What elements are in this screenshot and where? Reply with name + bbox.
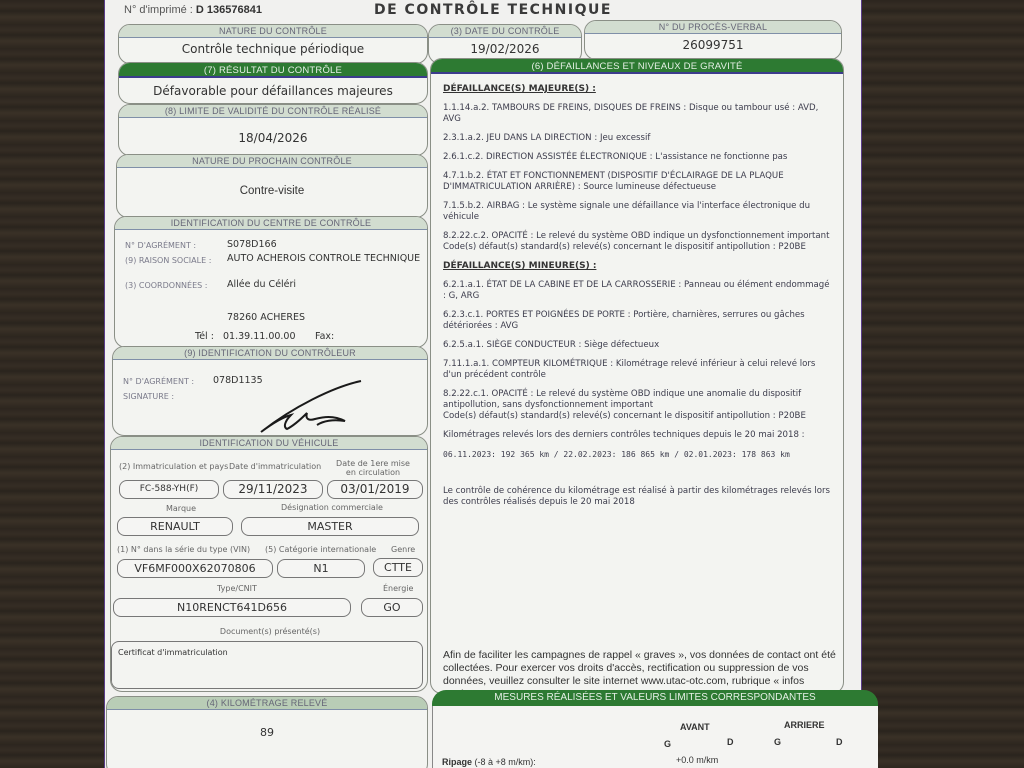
signature-icon bbox=[253, 377, 373, 435]
designation-value: MASTER bbox=[241, 517, 419, 536]
vehicule-box: IDENTIFICATION DU VÉHICULE (2) Immatricu… bbox=[110, 436, 428, 692]
controleur-signature-label: SIGNATURE : bbox=[123, 392, 174, 401]
printed-number-value: D 136576841 bbox=[196, 4, 262, 16]
majeures-list: 1.1.14.a.2. TAMBOURS DE FREINS, DISQUES … bbox=[443, 103, 831, 253]
document-title: DE CONTRÔLE TECHNIQUE bbox=[374, 2, 612, 18]
defaillances-content: DÉFAILLANCE(S) MAJEURE(S) : 1.1.14.a.2. … bbox=[431, 74, 843, 522]
documents-value: Certificat d'immatriculation bbox=[111, 641, 423, 689]
ripage-range: (-8 à +8 m/km): bbox=[475, 757, 536, 767]
printed-number-label: N° d'imprimé : bbox=[124, 4, 193, 16]
km-history-intro: Kilométrages relevés lors des derniers c… bbox=[443, 430, 831, 441]
arriere-d: D bbox=[836, 737, 843, 747]
controleur-agrement-label: N° D'AGRÉMENT : bbox=[123, 377, 194, 386]
defaillance-majeure-item: 8.2.22.c.2. OPACITÉ : Le relevé du systè… bbox=[443, 231, 831, 253]
km-coherence: Le contrôle de cohérence du kilométrage … bbox=[443, 486, 831, 508]
proces-verbal-box: N° DU PROCÈS-VERBAL 26099751 bbox=[584, 20, 842, 60]
defaillance-mineure-item: 7.11.1.a.1. COMPTEUR KILOMÉTRIQUE : Kilo… bbox=[443, 359, 831, 381]
categorie-label: (5) Catégorie internationale bbox=[265, 545, 376, 554]
date-mise-value: 03/01/2019 bbox=[327, 480, 423, 499]
defaillances-box: (6) DÉFAILLANCES ET NIVEAUX DE GRAVITÉ D… bbox=[430, 58, 844, 694]
defaillance-majeure-item: 4.7.1.b.2. ÉTAT ET FONCTIONNEMENT (DISPO… bbox=[443, 171, 831, 193]
resultat-box: (7) RÉSULTAT DU CONTRÔLE Défavorable pou… bbox=[118, 62, 428, 104]
centre-coord-label: (3) COORDONNÉES : bbox=[125, 281, 207, 290]
immat-value: FC-588-YH(F) bbox=[119, 480, 219, 499]
centre-agrement-value: S078D166 bbox=[227, 239, 277, 250]
ripage-label: Ripage bbox=[442, 757, 472, 767]
defaillance-majeure-item: 2.6.1.c.2. DIRECTION ASSISTÉE ÉLECTRONIQ… bbox=[443, 152, 831, 163]
centre-controle-label: IDENTIFICATION DU CENTRE DE CONTRÔLE bbox=[115, 217, 427, 230]
defaillance-majeure-item: 7.1.5.b.2. AIRBAG : Le système signale u… bbox=[443, 201, 831, 223]
centre-raison-value: AUTO ACHEROIS CONTROLE TECHNIQUE bbox=[227, 253, 420, 264]
centre-tel-label: Tél : bbox=[195, 331, 214, 342]
validite-label: (8) LIMITE DE VALIDITÉ DU CONTRÔLE RÉALI… bbox=[119, 105, 427, 118]
centre-controle-box: IDENTIFICATION DU CENTRE DE CONTRÔLE N° … bbox=[114, 216, 428, 348]
defaillance-mineure-item: 6.2.5.a.1. SIÈGE CONDUCTEUR : Siège défe… bbox=[443, 340, 831, 351]
centre-address2: 78260 ACHERES bbox=[227, 312, 305, 323]
controleur-label: (9) IDENTIFICATION DU CONTRÔLEUR bbox=[113, 347, 427, 360]
ripage-value: +0.0 m/km bbox=[676, 755, 718, 765]
defaillance-mineure-item: 6.2.3.c.1. PORTES ET POIGNÉES DE PORTE :… bbox=[443, 310, 831, 332]
nature-controle-box: NATURE DU CONTRÔLE Contrôle technique pé… bbox=[118, 24, 428, 64]
centre-tel-value: 01.39.11.00.00 bbox=[223, 331, 296, 342]
mesures-label: MESURES RÉALISÉES ET VALEURS LIMITES COR… bbox=[432, 690, 878, 706]
centre-raison-label: (9) RAISON SOCIALE : bbox=[125, 256, 211, 265]
vin-value: VF6MF000X62070806 bbox=[117, 559, 273, 578]
prochain-controle-box: NATURE DU PROCHAIN CONTRÔLE Contre-visit… bbox=[116, 154, 428, 218]
prochain-controle-value: Contre-visite bbox=[117, 185, 427, 197]
defaillances-label: (6) DÉFAILLANCES ET NIVEAUX DE GRAVITÉ bbox=[431, 59, 843, 74]
kilometrage-label: (4) KILOMÉTRAGE RELEVÉ bbox=[107, 697, 427, 710]
immat-label: (2) Immatriculation et pays bbox=[119, 462, 228, 471]
centre-fax-label: Fax: bbox=[315, 331, 334, 342]
date-controle-label: (3) DATE DU CONTRÔLE bbox=[429, 25, 581, 38]
energie-value: GO bbox=[361, 598, 423, 617]
resultat-label: (7) RÉSULTAT DU CONTRÔLE bbox=[119, 63, 427, 78]
marque-value: RENAULT bbox=[117, 517, 233, 536]
date-immat-value: 29/11/2023 bbox=[223, 480, 323, 499]
controleur-box: (9) IDENTIFICATION DU CONTRÔLEUR N° D'AG… bbox=[112, 346, 428, 436]
prochain-controle-label: NATURE DU PROCHAIN CONTRÔLE bbox=[117, 155, 427, 168]
arriere-g: G bbox=[774, 737, 781, 747]
defaillance-mineure-item: 8.2.22.c.1. OPACITÉ : Le relevé du systè… bbox=[443, 389, 831, 422]
mineures-list: 6.2.1.a.1. ÉTAT DE LA CABINE ET DE LA CA… bbox=[443, 280, 831, 422]
marque-label: Marque bbox=[166, 504, 196, 513]
nature-controle-value: Contrôle technique périodique bbox=[119, 42, 427, 56]
avant-g: G bbox=[664, 739, 671, 749]
mesures-avant: AVANT bbox=[680, 722, 710, 732]
categorie-value: N1 bbox=[277, 559, 365, 578]
date-controle-value: 19/02/2026 bbox=[429, 42, 581, 56]
type-label: Type/CNIT bbox=[217, 584, 257, 593]
documents-label: Document(s) présenté(s) bbox=[111, 627, 428, 636]
defaillance-majeure-item: 1.1.14.a.2. TAMBOURS DE FREINS, DISQUES … bbox=[443, 103, 831, 125]
date-immat-label: Date d'immatriculation bbox=[229, 462, 321, 471]
defaillance-mineure-item: 6.2.1.a.1. ÉTAT DE LA CABINE ET DE LA CA… bbox=[443, 280, 831, 302]
avant-d: D bbox=[727, 737, 734, 747]
nature-controle-label: NATURE DU CONTRÔLE bbox=[119, 25, 427, 38]
majeures-title: DÉFAILLANCE(S) MAJEURE(S) : bbox=[443, 84, 831, 95]
genre-label: Genre bbox=[391, 545, 415, 554]
proces-verbal-value: 26099751 bbox=[585, 38, 841, 52]
kilometrage-box: (4) KILOMÉTRAGE RELEVÉ 89 bbox=[106, 696, 428, 768]
validite-value: 18/04/2026 bbox=[119, 131, 427, 145]
centre-address1: Allée du Céléri bbox=[227, 279, 296, 290]
designation-label: Désignation commerciale bbox=[281, 503, 383, 512]
resultat-value: Défavorable pour défaillances majeures bbox=[119, 84, 427, 98]
data-privacy-notice: Afin de faciliter les campagnes de rappe… bbox=[443, 649, 839, 694]
kilometrage-value: 89 bbox=[107, 726, 427, 739]
date-mise-label: Date de 1ere mise en circulation bbox=[333, 459, 413, 477]
vehicule-label: IDENTIFICATION DU VÉHICULE bbox=[111, 437, 427, 450]
energie-label: Énergie bbox=[383, 584, 413, 593]
validite-box: (8) LIMITE DE VALIDITÉ DU CONTRÔLE RÉALI… bbox=[118, 104, 428, 156]
centre-agrement-label: N° D'AGRÉMENT : bbox=[125, 241, 196, 250]
type-value: N10RENCT641D656 bbox=[113, 598, 351, 617]
printed-number: N° d'imprimé : D 136576841 bbox=[124, 4, 262, 16]
proces-verbal-label: N° DU PROCÈS-VERBAL bbox=[585, 21, 841, 34]
ripage-row: Ripage (-8 à +8 m/km): bbox=[442, 757, 536, 767]
km-history: 06.11.2023: 192 365 km / 22.02.2023: 186… bbox=[443, 449, 831, 460]
mesures-arriere: ARRIERE bbox=[784, 720, 825, 730]
genre-value: CTTE bbox=[373, 558, 423, 577]
vin-label: (1) N° dans la série du type (VIN) bbox=[117, 545, 250, 554]
mineures-title: DÉFAILLANCE(S) MINEURE(S) : bbox=[443, 261, 831, 272]
defaillance-majeure-item: 2.3.1.a.2. JEU DANS LA DIRECTION : Jeu e… bbox=[443, 133, 831, 144]
